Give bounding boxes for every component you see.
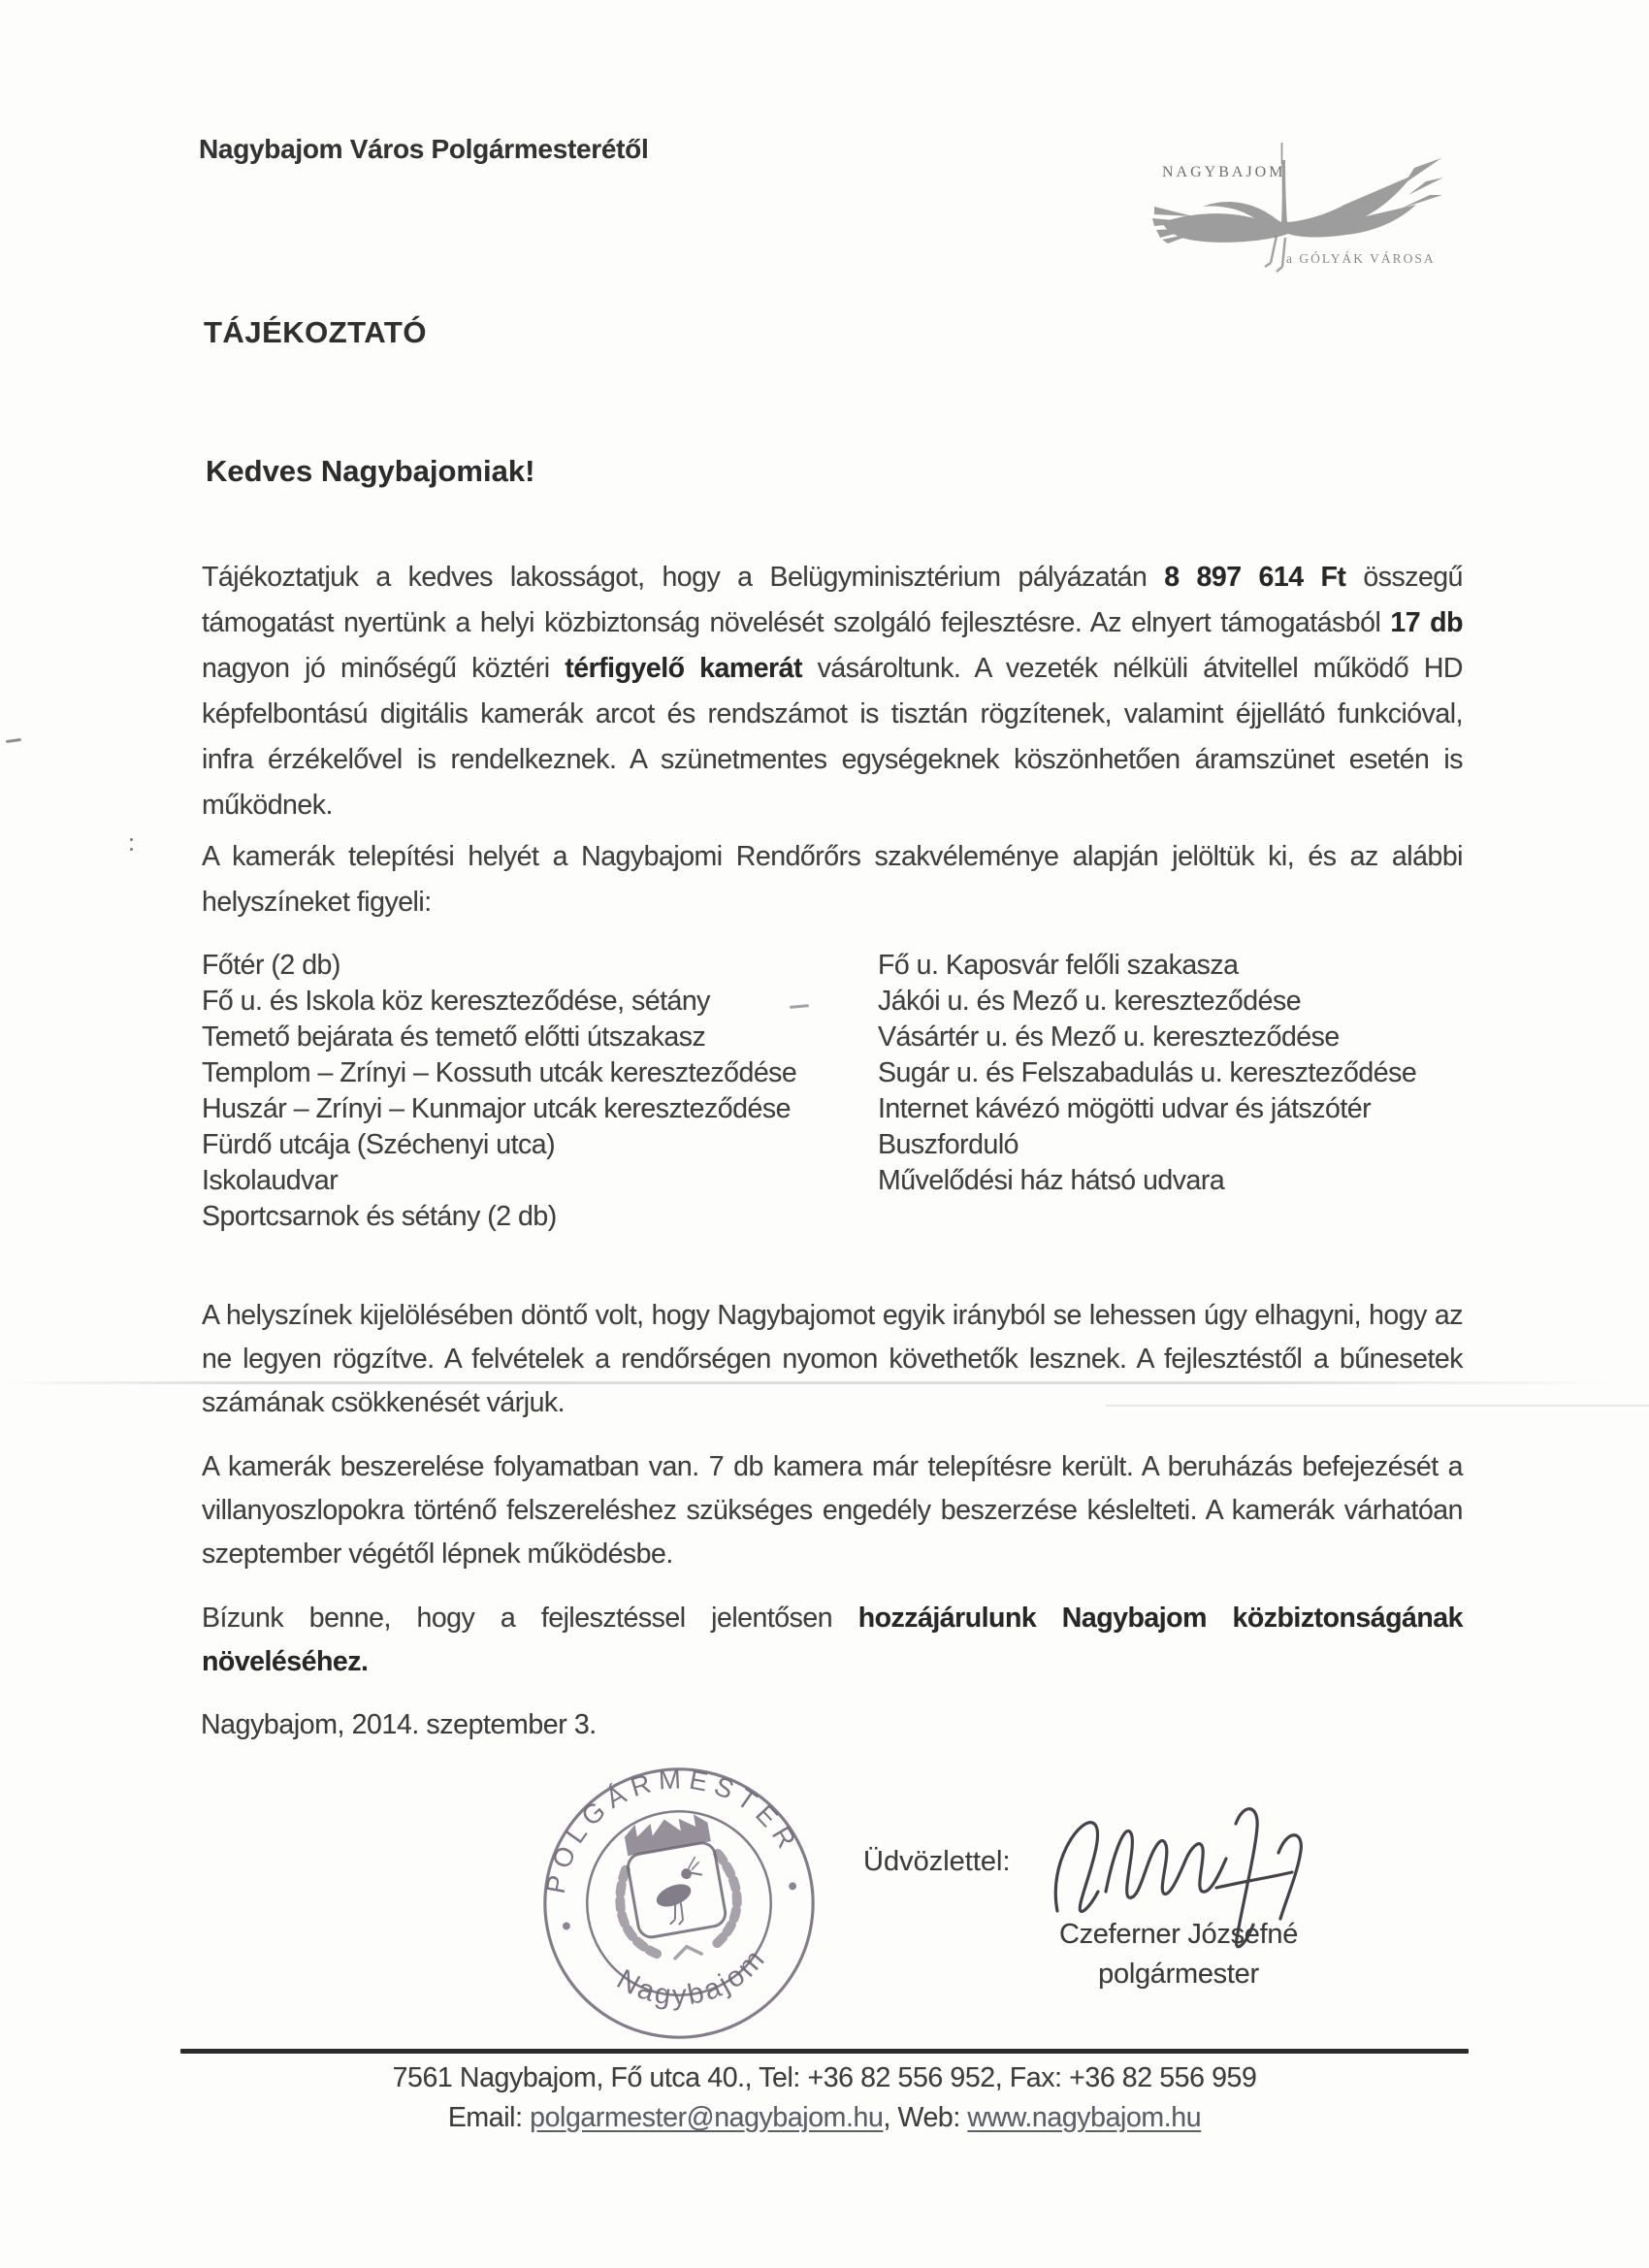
paragraph-locations-intro: A kamerák telepítési helyét a Nagybajomi… [202,834,1463,925]
camera-count: 17 db [1390,607,1463,638]
scan-artifact-dash [6,738,21,743]
paragraph-closing: Bízunk benne, hogy a fejlesztéssel jelen… [202,1597,1463,1684]
grant-amount: 8 897 614 Ft [1164,562,1345,593]
paragraph-grant: Tájékoztatjuk a kedves lakosságot, hogy … [202,555,1463,828]
signer-name: Czeferner Józsefné [1004,1919,1353,1951]
web-link: www.nagybajom.hu [967,2102,1201,2133]
scan-artifact-colon [130,838,134,852]
dateline: Nagybajom, 2014. szeptember 3. [201,1709,597,1741]
stamp-seal-icon: POLGÁRMESTER Nagybajom [513,1737,846,2070]
locations-column-right: Fő u. Kaposvár felőli szakasza Jákói u. … [878,948,1460,1199]
bird-emblem-icon [648,1856,710,1928]
footer-divider [180,2049,1469,2054]
city-logo: NAGYBAJOM a GÓLYÁK VÁROSA [1152,139,1443,284]
logo-city-name: NAGYBAJOM [1162,164,1285,181]
list-item: Sportcsarnok és sétány (2 db) [202,1199,842,1235]
footer-contacts: Email: polgarmester@nagybajom.hu, Web: w… [180,2102,1469,2134]
locations-column-left: Főtér (2 db) Fő u. és Iskola köz kereszt… [202,948,842,1235]
signer-role: polgármester [1004,1959,1353,1991]
scan-crease-faint [1106,1405,1649,1407]
list-item: Fürdő utcája (Széchenyi utca) [202,1127,842,1163]
scanned-letter-page: Nagybajom Város Polgármesterétől NAGYBAJ… [0,0,1649,2268]
stamp-coat-of-arms [606,1809,745,1966]
sender-line: Nagybajom Város Polgármesterétől [199,134,648,165]
stamp-left-dot [562,1922,570,1930]
paragraph-text: Bízunk benne, hogy a fejlesztéssel jelen… [202,1603,858,1634]
paragraph-installation-status: A kamerák beszerelése folyamatban van. 7… [202,1445,1463,1576]
list-item: Vásártér u. és Mező u. kereszteződése [878,1020,1460,1055]
list-item: Fő u. és Iskola köz kereszteződése, sétá… [202,984,842,1020]
scan-crease-line [0,1381,1649,1384]
logo-tagline: a GÓLYÁK VÁROSA [1286,251,1436,267]
list-item: Internet kávézó mögötti udvar és játszót… [878,1091,1460,1127]
list-item: Jákói u. és Mező u. kereszteződése [878,984,1460,1020]
list-item: Templom – Zrínyi – Kossuth utcák kereszt… [202,1055,842,1091]
web-label: , Web: [883,2102,967,2133]
list-item: Sugár u. és Felszabadulás u. kereszteződ… [878,1055,1460,1091]
email-label: Email: [448,2102,530,2133]
list-item: Fő u. Kaposvár felőli szakasza [878,948,1460,984]
list-item: Művelődési ház hátsó udvara [878,1163,1460,1199]
list-item: Iskolaudvar [202,1163,842,1199]
regards-label: Üdvözlettel: [863,1846,1011,1878]
paragraph-text: nagyon jó minőségű köztéri [202,653,565,684]
list-item: Huszár – Zrínyi – Kunmajor utcák kereszt… [202,1091,842,1127]
list-item: Temető bejárata és temető előtti útszaka… [202,1020,842,1055]
salutation: Kedves Nagybajomiak! [206,454,534,489]
list-item: Buszforduló [878,1127,1460,1163]
letter-title: TÁJÉKOZTATÓ [204,315,427,350]
camera-type: térfigyelő kamerát [565,653,802,684]
paragraph-text: Tájékoztatjuk a kedves lakosságot, hogy … [202,562,1164,593]
footer-address: 7561 Nagybajom, Fő utca 40., Tel: +36 82… [180,2062,1469,2094]
email-link: polgarmester@nagybajom.hu [530,2102,883,2133]
stamp-right-dot [789,1882,797,1891]
mayor-stamp: POLGÁRMESTER Nagybajom [513,1737,846,2070]
list-item: Főtér (2 db) [202,948,842,984]
